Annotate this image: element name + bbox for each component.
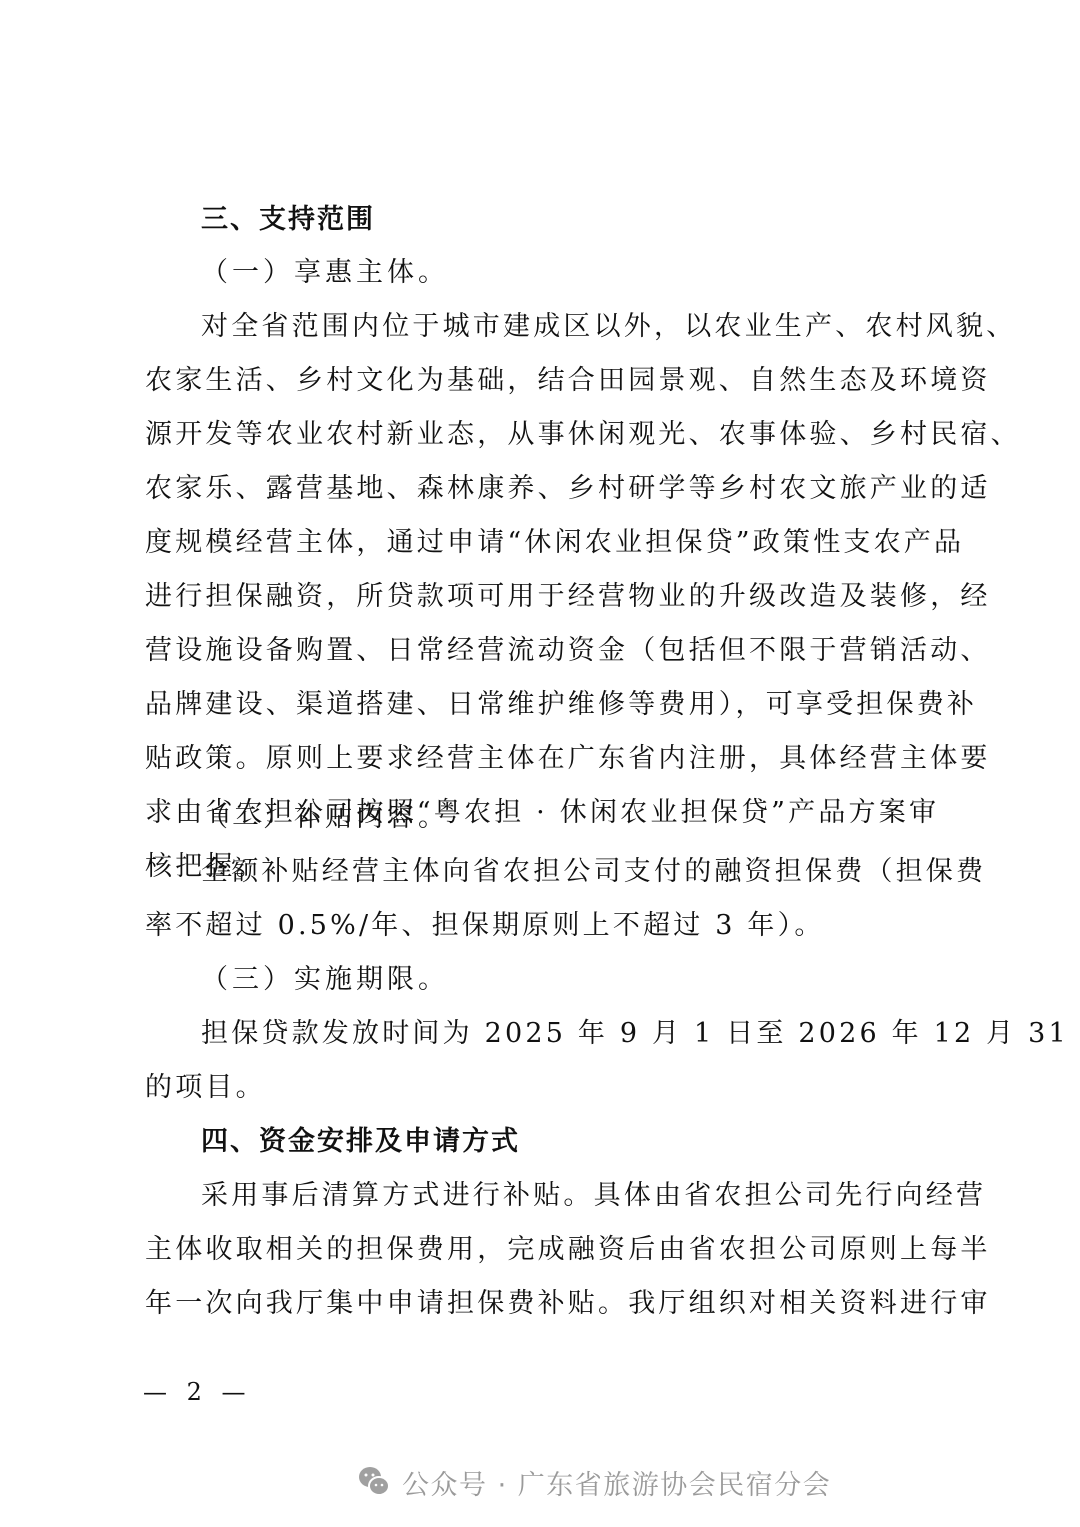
paragraph-line: 率不超过 0.5%/年、担保期原则上不超过 3 年）。	[145, 906, 945, 946]
paragraph-line: 贴政策。原则上要求经营主体在广东省内注册，具体经营主体要	[145, 739, 945, 779]
page-number: — 2 —	[143, 1378, 252, 1406]
paragraph-line: 农家生活、乡村文化为基础，结合田园景观、自然生态及环境资	[145, 361, 945, 401]
subsection-2-heading: （二）补贴内容。	[201, 798, 1001, 838]
paragraph-line: 担保贷款发放时间为 2025 年 9 月 1 日至 2026 年 12 月 31…	[201, 1014, 1001, 1054]
watermark-text: 公众号 · 广东省旅游协会民宿分会	[402, 1463, 831, 1502]
section-4-heading: 四、资金安排及申请方式	[201, 1122, 1001, 1162]
paragraph-line: 年一次向我厅集中申请担保费补贴。我厅组织对相关资料进行审	[145, 1284, 945, 1324]
subsection-3-heading: （三）实施期限。	[201, 960, 1001, 1000]
document-page: 三、支持范围 （一）享惠主体。 对全省范围内位于城市建成区以外，以农业生产、农村…	[0, 0, 1080, 1527]
watermark: 公众号 · 广东省旅游协会民宿分会	[356, 1462, 831, 1502]
paragraph-line: 度规模经营主体，通过申请“休闲农业担保贷”政策性支农产品	[145, 523, 945, 563]
paragraph-line: 进行担保融资，所贷款项可用于经营物业的升级改造及装修，经	[145, 577, 945, 617]
paragraph-line: 源开发等农业农村新业态，从事休闲观光、农事体验、乡村民宿、	[145, 415, 945, 455]
paragraph-line: 主体收取相关的担保费用，完成融资后由省农担公司原则上每半	[145, 1230, 945, 1270]
section-3-heading: 三、支持范围	[201, 200, 1001, 240]
paragraph-line: 品牌建设、渠道搭建、日常维护维修等费用），可享受担保费补	[145, 685, 945, 725]
paragraph-line: 农家乐、露营基地、森林康养、乡村研学等乡村农文旅产业的适	[145, 469, 945, 509]
paragraph-line: 营设施设备购置、日常经营流动资金（包括但不限于营销活动、	[145, 631, 945, 671]
subsection-1-heading: （一）享惠主体。	[201, 253, 1001, 293]
paragraph-line: 的项目。	[145, 1068, 945, 1108]
paragraph-line: 全额补贴经营主体向省农担公司支付的融资担保费（担保费	[201, 852, 1001, 892]
paragraph-line: 采用事后清算方式进行补贴。具体由省农担公司先行向经营	[201, 1176, 1001, 1216]
wechat-icon	[356, 1464, 392, 1500]
paragraph-line: 对全省范围内位于城市建成区以外，以农业生产、农村风貌、	[201, 307, 1001, 347]
